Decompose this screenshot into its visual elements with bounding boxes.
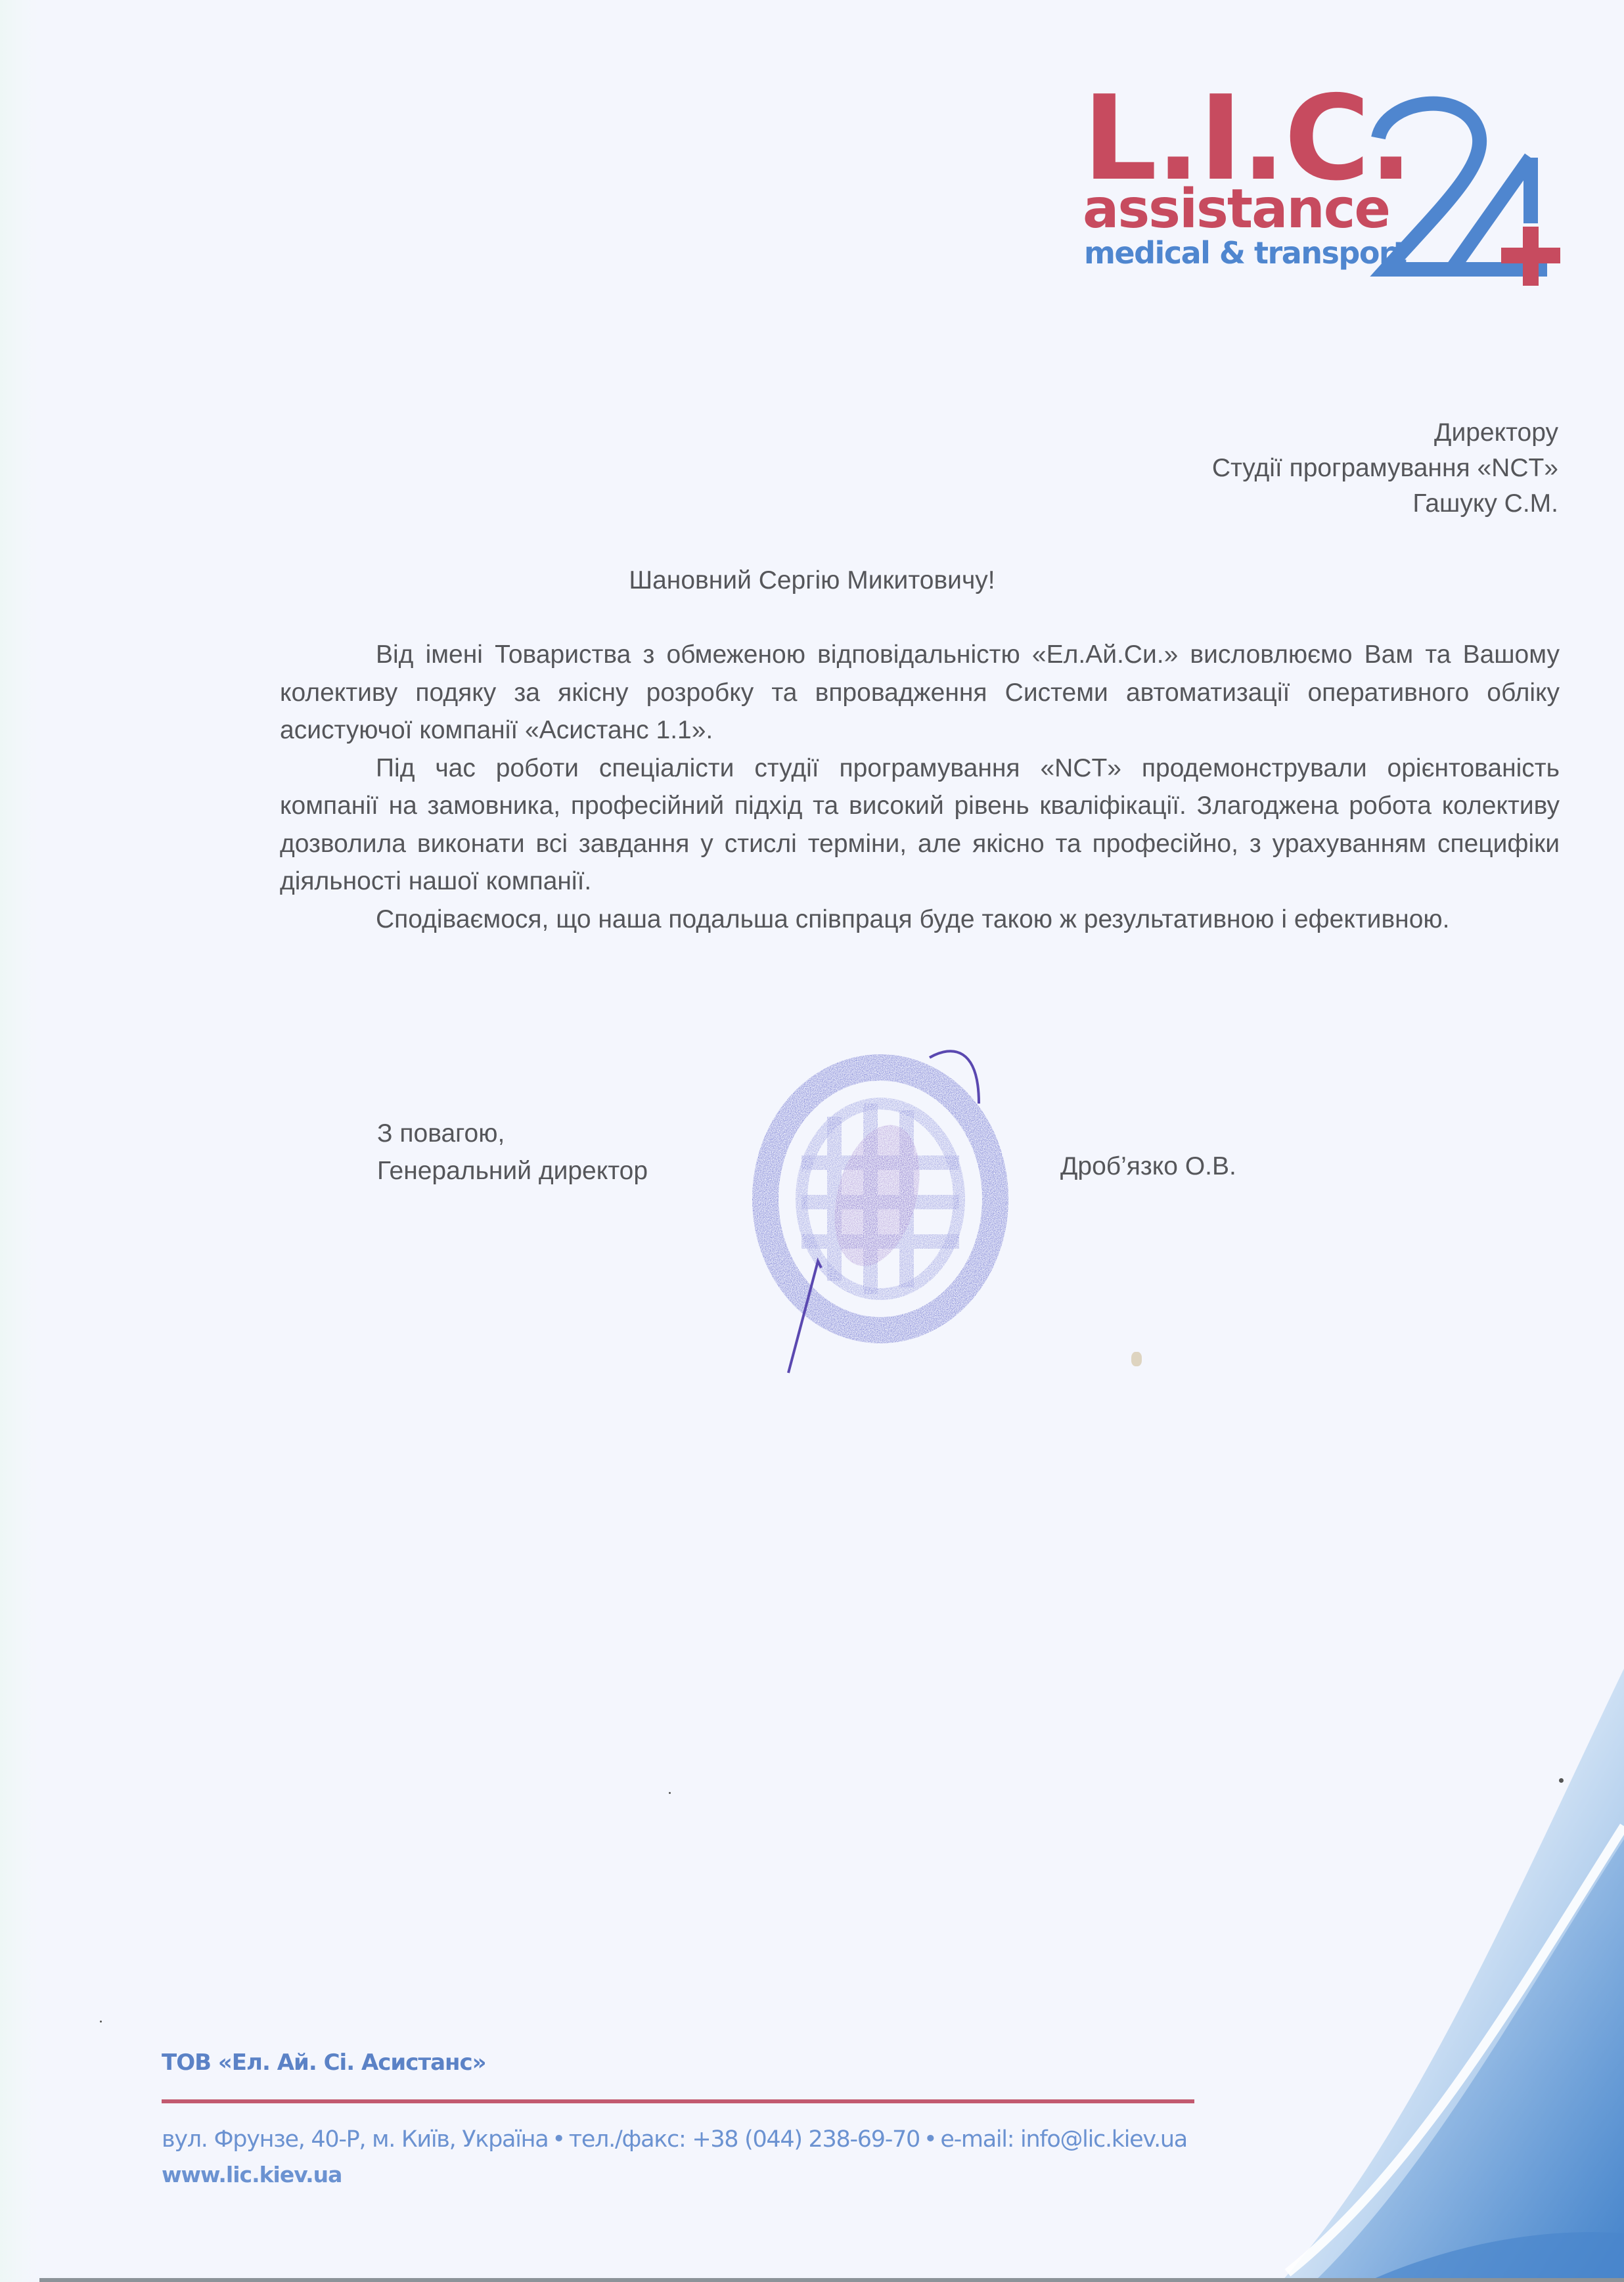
addressee-line: Гашуку С.М. [1212,486,1558,522]
footer-address: вул. Фрунзе, 40-Р, м. Київ, Україна [162,2126,548,2153]
addressee-line: Директору [1212,415,1558,451]
closing: З повагою, [377,1115,648,1152]
paragraph: Сподіваємося, що наша подальша співпраця… [280,901,1560,939]
scan-edge [0,0,39,2282]
footer-contact-line: вул. Фрунзе, 40-Р, м. Київ, Україна•тел.… [162,2126,1187,2153]
footer-phone: тел./факс: +38 (044) 238-69-70 [569,2126,920,2153]
footer-divider [162,2099,1194,2103]
letter-body: Від імені Товариства з обмеженою відпові… [280,636,1560,938]
footer-website-link[interactable]: www.lic.kiev.ua [162,2162,342,2187]
footer-company-name: ТОВ «Ел. Ай. Сі. Асистанс» [162,2049,486,2076]
signature-block: З повагою, Генеральний директор [377,1115,648,1190]
separator: • [920,2126,940,2153]
addressee-block: Директору Студії програмування «NCT» Гаш… [1212,415,1558,522]
scan-bottom-edge [39,2278,1624,2282]
signer-name: Дроб’язко О.В. [1060,1152,1236,1181]
signer-position: Генеральний директор [377,1152,648,1190]
paragraph: Від імені Товариства з обмеженою відпові… [280,636,1560,749]
logo-24-plus-icon [1366,92,1564,289]
footer-email[interactable]: e-mail: info@lic.kiev.ua [940,2126,1187,2153]
paragraph: Під час роботи спеціалісти студії програ… [280,749,1560,901]
salutation: Шановний Сергію Микитовичу! [0,566,1624,595]
company-logo: L.I.C. assistance medical & transport [1077,92,1557,302]
separator: • [548,2126,568,2153]
addressee-line: Студії програмування «NCT» [1212,451,1558,486]
company-stamp-icon [703,1031,1045,1412]
logo-tagline: medical & transport [1084,238,1407,268]
logo-name: assistance [1083,183,1389,236]
